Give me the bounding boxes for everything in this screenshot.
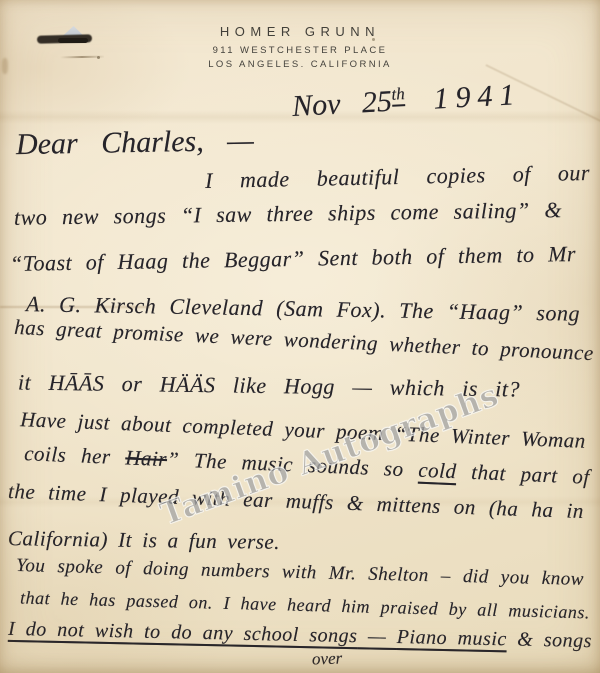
date-year: 1941	[404, 78, 522, 117]
text-segment: I do not wish to do any school songs	[8, 618, 358, 647]
text-segment: —	[357, 625, 397, 648]
date-ordinal: th	[391, 84, 405, 107]
ink-smudge	[58, 38, 88, 43]
salutation: Dear Charles, —	[16, 124, 254, 162]
text-segment: that part of	[456, 459, 590, 489]
text-segment: ” The music sounds so	[167, 447, 419, 482]
letter-page: HOMER GRUNN 911 WESTCHESTER PLACE LOS AN…	[0, 0, 600, 673]
text-segment: two new songs “I saw three ships come sa…	[14, 197, 562, 230]
text-segment: Piano music	[397, 626, 507, 650]
text-segment: I made beautiful copies of our	[205, 160, 590, 193]
text-segment: You spoke of doing numbers with Mr. Shel…	[16, 555, 584, 590]
body-line-2: two new songs “I saw three ships come sa…	[14, 196, 562, 231]
paper-speck	[372, 38, 375, 41]
date-day: Nov 25	[291, 85, 392, 123]
body-line-1: I made beautiful copies of our	[205, 159, 590, 195]
text-segment: that he has passed on. I have heard him …	[20, 588, 590, 623]
body-line-3: “Toast of Haag the Beggar” Sent both of …	[10, 240, 576, 277]
text-segment: coils her	[24, 441, 126, 469]
text-segment: California) It is a fun verse.	[8, 526, 280, 554]
body-line-13: I do not wish to do any school songs — P…	[8, 617, 592, 654]
letterhead-address-line1: 911 WESTCHESTER PLACE	[0, 45, 600, 56]
text-segment: it HĀĀS or HÄÄS like Hogg — which is it?	[18, 369, 520, 401]
text-segment: cold	[418, 458, 457, 484]
letterhead-address-line2: LOS ANGELES. CALIFORNIA	[0, 59, 600, 70]
text-segment: & songs	[507, 628, 593, 652]
letterhead: HOMER GRUNN 911 WESTCHESTER PLACE LOS AN…	[0, 24, 600, 70]
text-segment: Hair	[125, 445, 168, 471]
body-line-6: it HĀĀS or HÄÄS like Hogg — which is it?	[18, 368, 520, 403]
body-line-10: California) It is a fun verse.	[8, 525, 280, 555]
over-note: over	[312, 648, 343, 669]
paper-stain	[2, 58, 8, 74]
paper-speck	[97, 56, 100, 59]
date-line: Nov 25th 1941	[291, 78, 522, 124]
body-line-11: You spoke of doing numbers with Mr. Shel…	[16, 554, 584, 592]
text-segment: “Toast of Haag the Beggar” Sent both of …	[10, 241, 576, 276]
